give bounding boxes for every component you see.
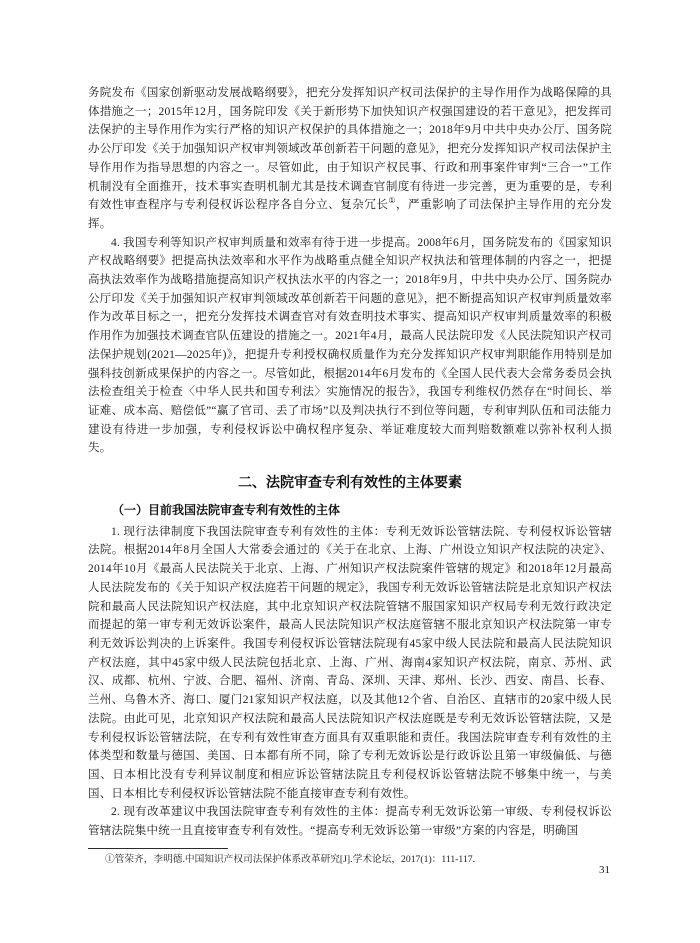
subsection-heading: （一）目前我国法院审查专利有效性的主体 bbox=[88, 501, 612, 520]
footnote-reference-mark: ① bbox=[388, 196, 396, 205]
page-number: 31 bbox=[599, 864, 610, 876]
section-heading: 二、法院审查专利有效性的主体要素 bbox=[88, 472, 612, 492]
footnote: ①管荣齐，李明德.中国知识产权司法保护体系改革研究[J].学术论坛，2017(1… bbox=[88, 853, 612, 867]
paragraph-1: 1. 现行法律制度下我国法院审查专利有效性的主体：专利无效诉讼管辖法院、专利侵权… bbox=[88, 523, 612, 804]
paragraph-2: 2. 现有改革建议中我国法院审查专利有效性的主体：提高专利无效诉讼第一审级、专利… bbox=[88, 803, 612, 840]
footnote-area: ①管荣齐，李明德.中国知识产权司法保护体系改革研究[J].学术论坛，2017(1… bbox=[88, 848, 612, 867]
paragraph-continuation-text: 务院发布《国家创新驱动发展战略纲要》，把充分发挥知识产权司法保护的主导作用作为战… bbox=[88, 87, 612, 211]
footnote-divider bbox=[88, 848, 228, 849]
paragraph-4: 4. 我国专利等知识产权审判质量和效率有待于进一步提高。2008年6月，国务院发… bbox=[88, 234, 612, 458]
paragraph-continuation: 务院发布《国家创新驱动发展战略纲要》，把充分发挥知识产权司法保护的主导作用作为战… bbox=[88, 84, 612, 234]
text-block: 务院发布《国家创新驱动发展战略纲要》，把充分发挥知识产权司法保护的主导作用作为战… bbox=[88, 84, 612, 867]
document-page: 务院发布《国家创新驱动发展战略纲要》，把充分发挥知识产权司法保护的主导作用作为战… bbox=[0, 0, 700, 943]
